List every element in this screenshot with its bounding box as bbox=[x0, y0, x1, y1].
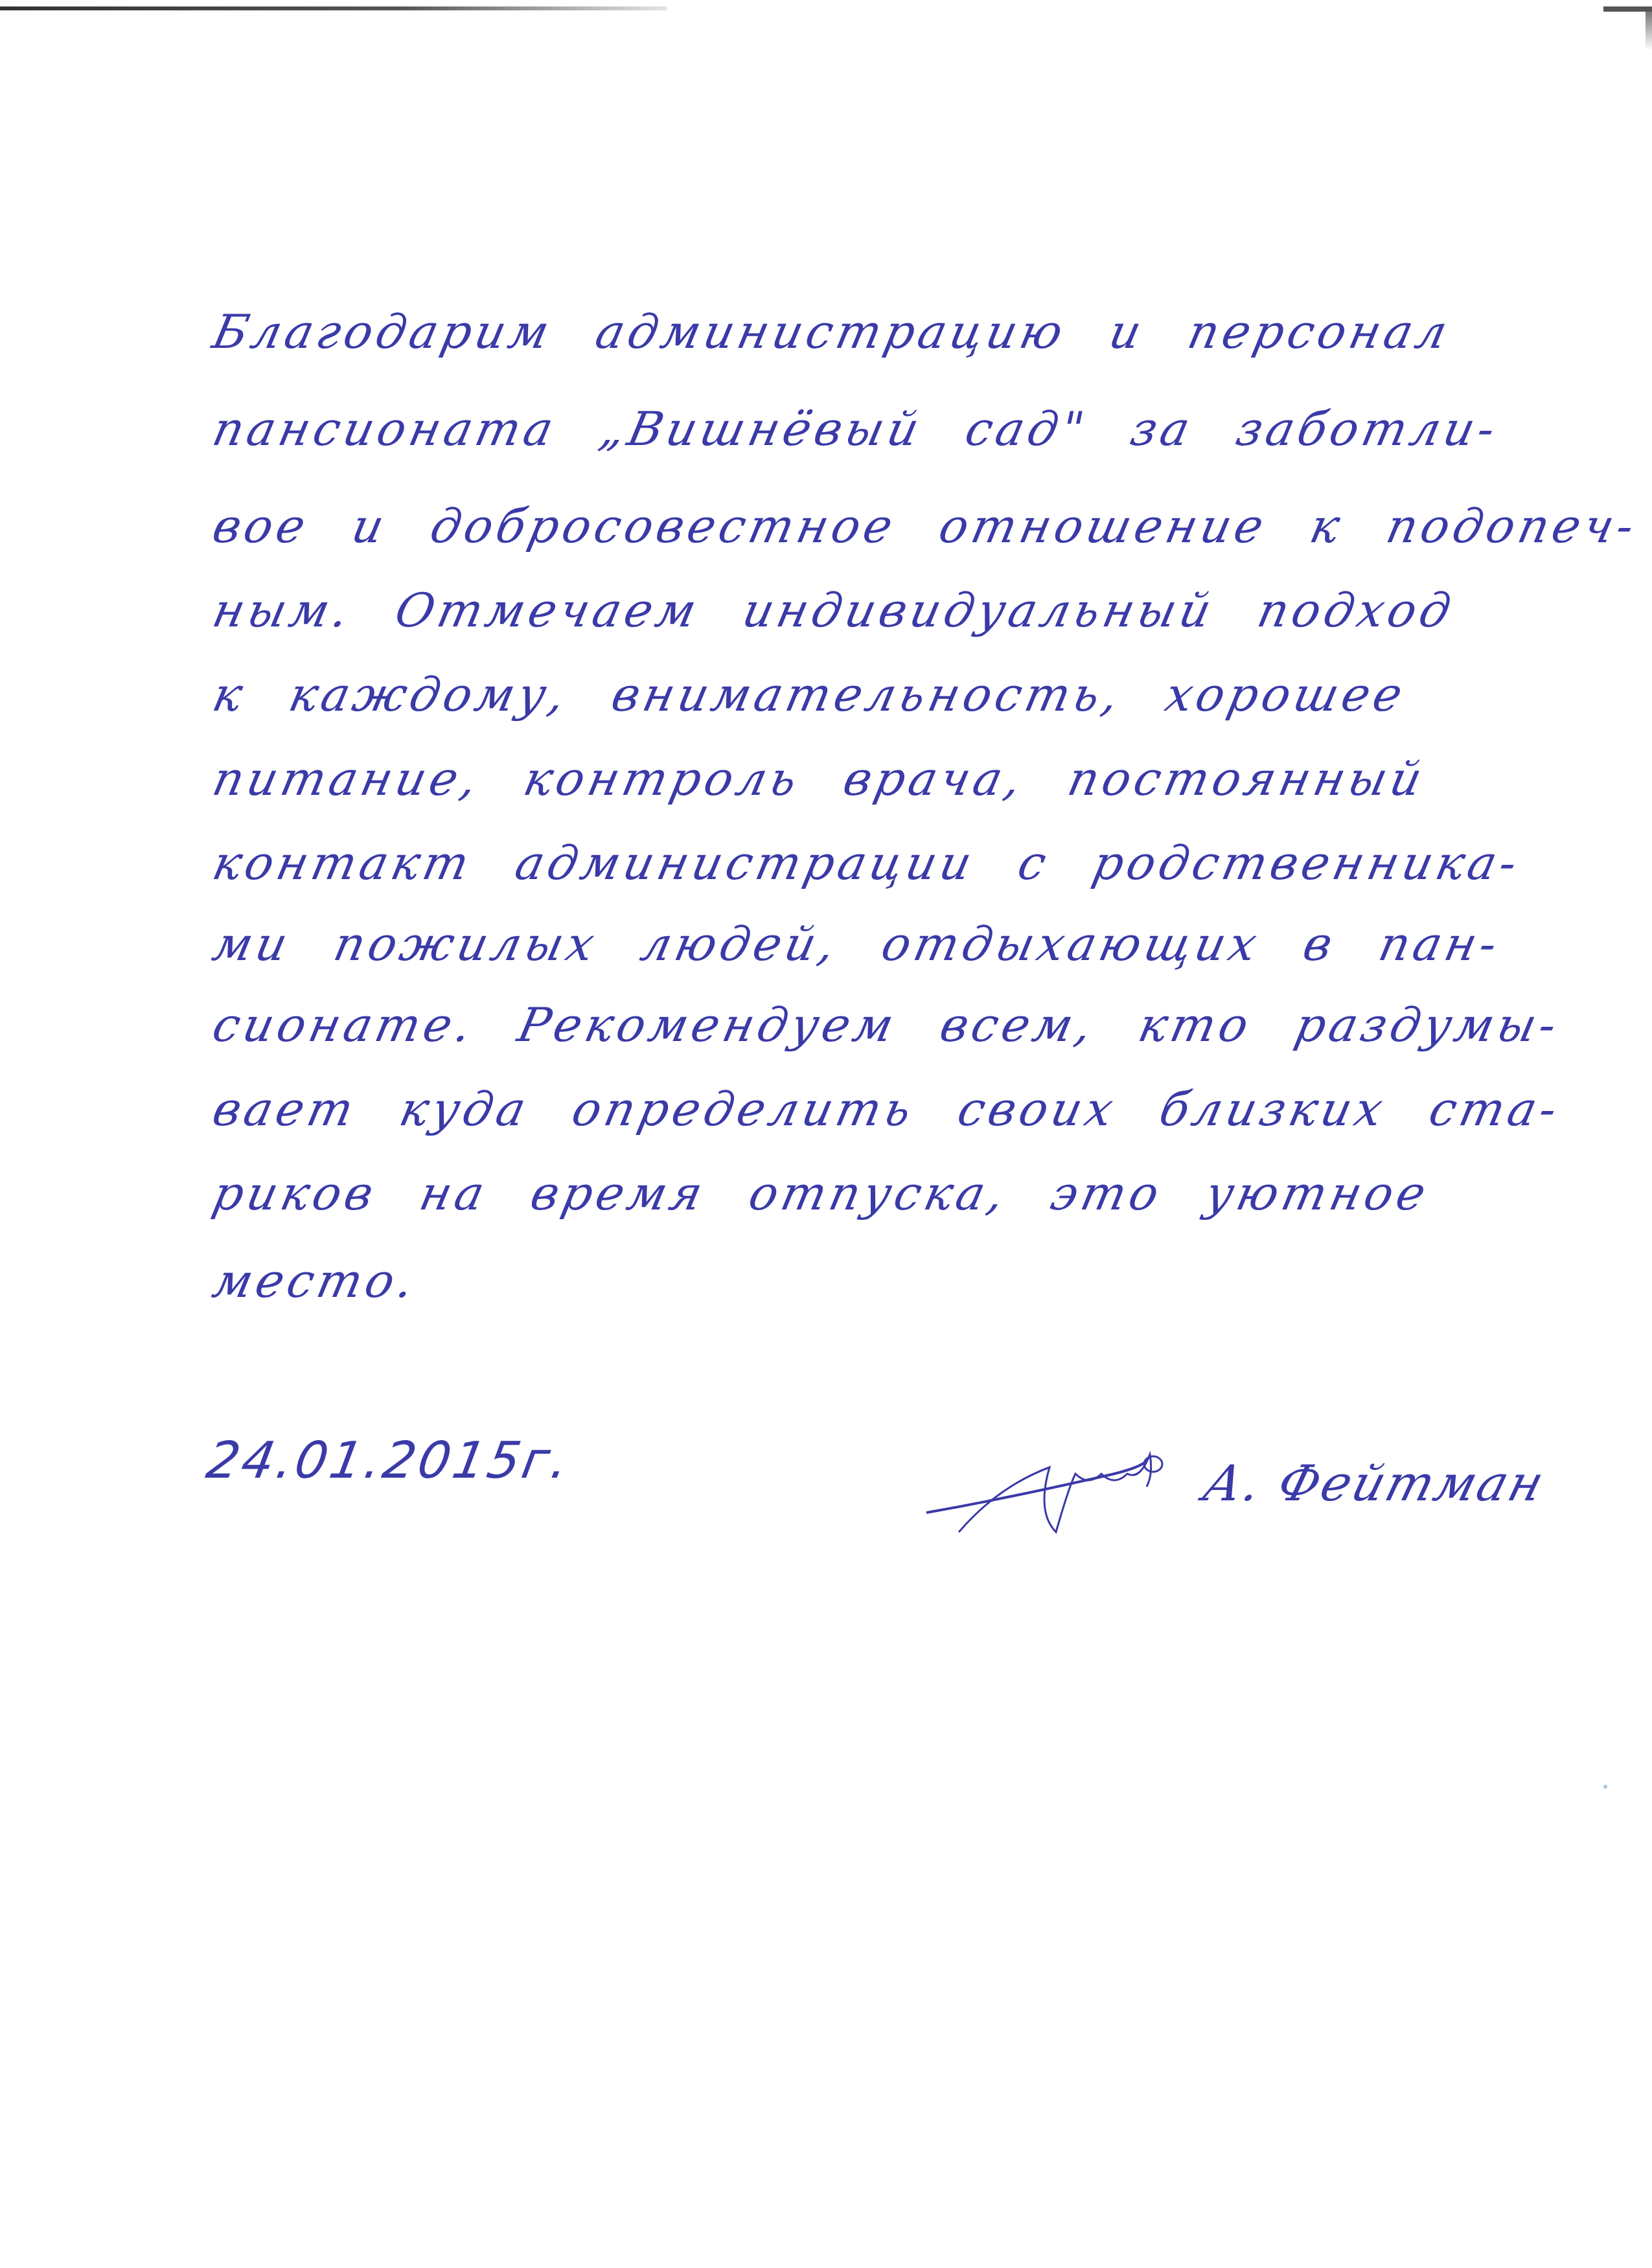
scan-top-edge-right bbox=[1603, 6, 1652, 12]
letter-line-11: риков на время отпуска, это уютное bbox=[208, 1166, 1434, 1220]
letter-line-7: контакт администрации с родственника- bbox=[208, 836, 1526, 890]
scan-speck bbox=[1603, 1785, 1607, 1789]
letter-date: 24.01.2015г. bbox=[202, 1432, 575, 1490]
signature-name: А. Фейтман bbox=[1197, 1454, 1552, 1512]
scan-corner-shadow bbox=[1646, 12, 1652, 51]
signature-block: А. Фейтман bbox=[920, 1435, 1503, 1539]
letter-line-9: сионате. Рекомендуем всем, кто раздумы- bbox=[208, 998, 1565, 1052]
letter-line-5: к каждому, внимательность, хорошее bbox=[208, 667, 1411, 722]
letter-line-2: пансионата „Вишнёвый сад" за заботли- bbox=[208, 402, 1504, 456]
letter-line-10: вает куда определить своих близких ста- bbox=[208, 1082, 1565, 1136]
letter-line-8: ми пожилых людей, отдыхающих в пан- bbox=[208, 917, 1506, 971]
signature-flourish-icon bbox=[920, 1435, 1218, 1539]
letter-line-3: вое и добросовестное отношение к подопеч… bbox=[208, 499, 1642, 553]
letter-line-6: питание, контроль врача, постоянный bbox=[208, 751, 1430, 806]
letter-line-1: Благодарим администрацию и персонал bbox=[208, 304, 1456, 359]
letter-line-12: место. bbox=[208, 1254, 422, 1308]
letter-line-4: ным. Отмечаем индивидуальный подход bbox=[208, 583, 1460, 637]
scan-top-edge bbox=[0, 6, 667, 10]
